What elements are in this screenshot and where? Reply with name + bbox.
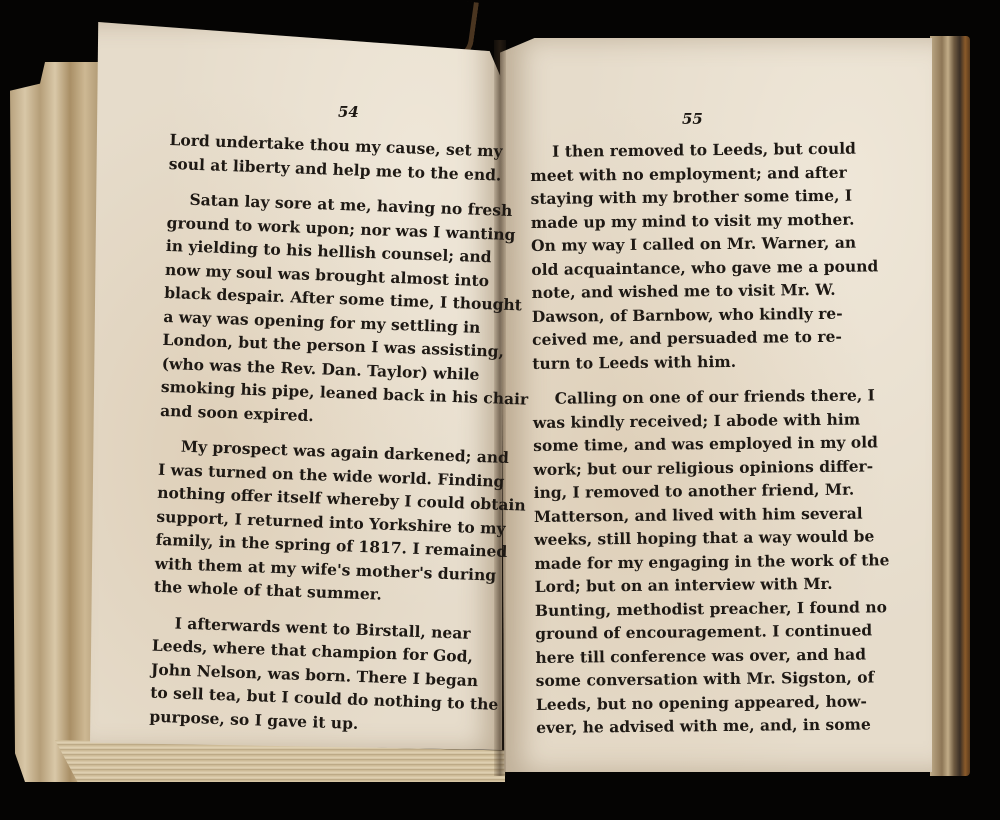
text-line: some conversation with Mr. Sigston, of <box>536 665 868 692</box>
text-line: ing, I removed to another friend, Mr. <box>534 478 866 505</box>
text-line: On my way I called on Mr. Warner, an <box>531 231 863 258</box>
text-line: some time, and was employed in my old <box>533 431 865 458</box>
text-line: ever, he advised with me, and, in some <box>536 712 868 739</box>
paragraph: Satan lay sore at me, having no freshgro… <box>160 187 486 433</box>
left-page-number: 54 <box>338 103 359 121</box>
paragraph: I afterwards went to Birstall, nearLeeds… <box>149 610 471 739</box>
left-page-text: Lord undertake thou my cause, set mysoul… <box>149 128 488 751</box>
text-line: note, and wished me to visit Mr. W. <box>531 278 863 305</box>
text-line: made for my engaging in the work of the <box>534 548 866 575</box>
text-line: Leeds, but no opening appeared, how- <box>536 689 868 716</box>
text-line: Lord; but on an interview with Mr. <box>535 571 867 598</box>
text-line: Bunting, methodist preacher, I found no <box>535 595 867 622</box>
text-line: Dawson, of Barnbow, who kindly re- <box>532 301 864 328</box>
paragraph: Calling on one of our friends there, Iwa… <box>533 384 869 740</box>
text-line: weeks, still hoping that a way would be <box>534 525 866 552</box>
text-line: was kindly received; I abode with him <box>533 407 865 434</box>
text-line: here till conference was over, and had <box>535 642 867 669</box>
text-line: Matterson, and lived with him several <box>534 501 866 528</box>
text-line: work; but our religious opinions differ- <box>533 454 865 481</box>
text-line: made up my mind to visit my mother. <box>531 207 863 234</box>
text-line: ground of encouragement. I continued <box>535 618 867 645</box>
text-line: Calling on one of our friends there, I <box>533 384 865 411</box>
right-page-text: I then removed to Leeds, but couldmeet w… <box>530 137 868 752</box>
text-line: turn to Leeds with him. <box>532 348 864 375</box>
right-page-number: 55 <box>682 110 703 128</box>
text-line: meet with no employment; and after <box>530 160 862 187</box>
text-line: staying with my brother some time, I <box>530 184 862 211</box>
paragraph: My prospect was again darkened; andI was… <box>154 434 478 609</box>
text-line: ceived me, and persuaded me to re- <box>532 325 864 352</box>
paragraph: I then removed to Leeds, but couldmeet w… <box>530 137 864 375</box>
text-line: old acquaintance, who gave me a pound <box>531 254 863 281</box>
right-page-edges-and-cover <box>930 36 970 776</box>
paragraph: Lord undertake thou my cause, set mysoul… <box>168 128 487 186</box>
text-line: I then removed to Leeds, but could <box>530 137 862 164</box>
